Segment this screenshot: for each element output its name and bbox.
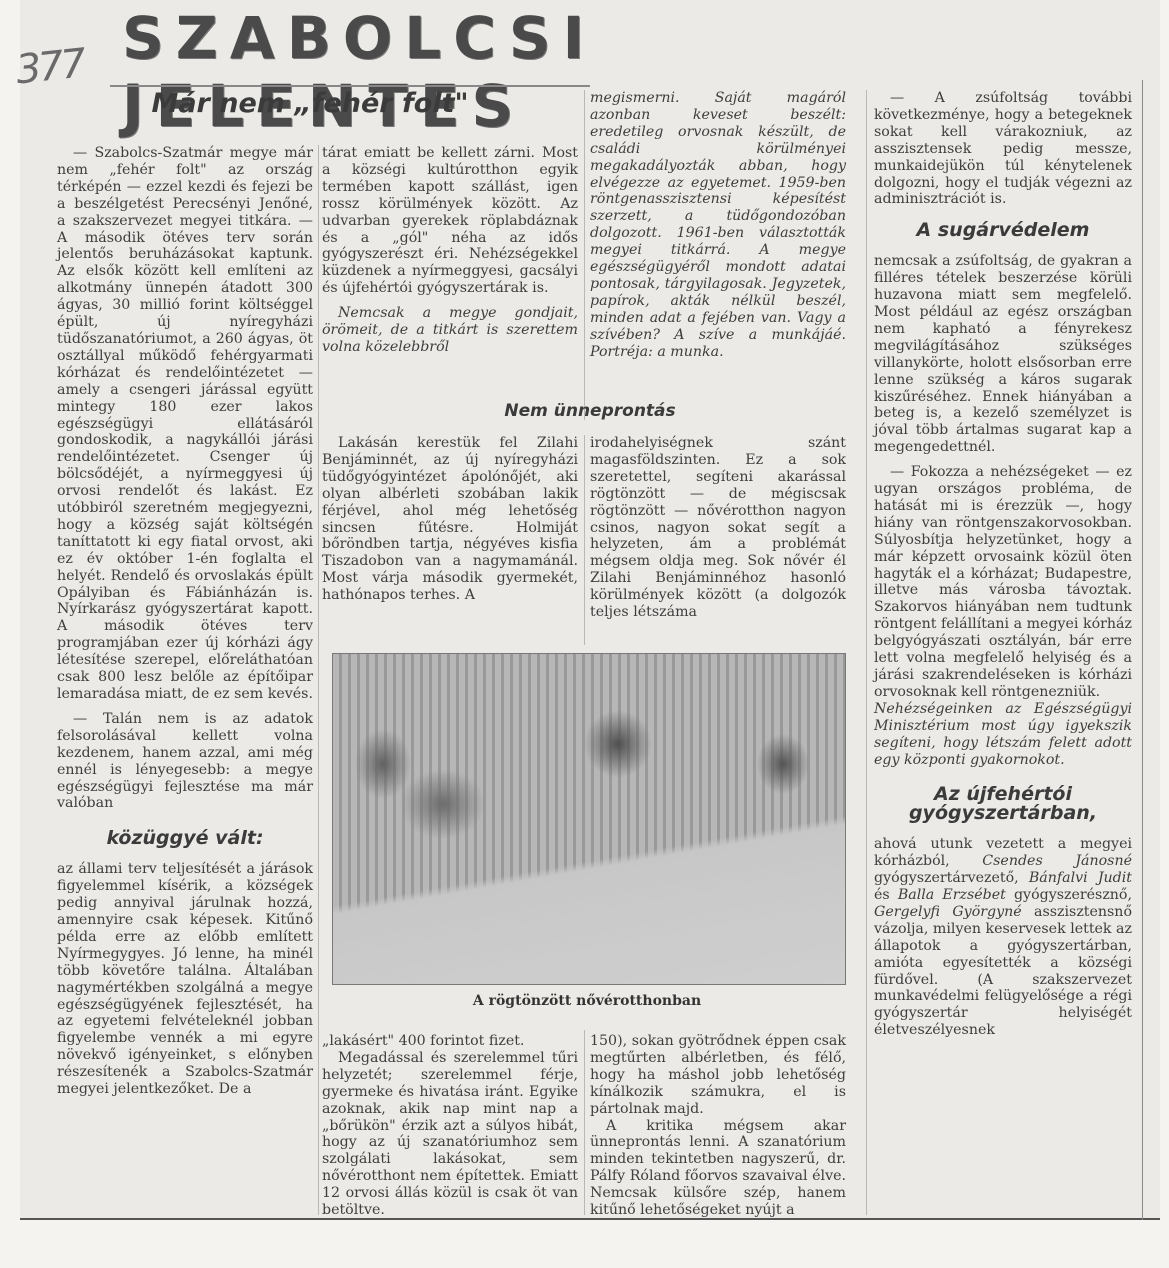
subhead-kozugy: közüggyé vált: (57, 830, 313, 847)
paragraph: tárat emiatt be kellett zárni. Most a kö… (322, 145, 578, 297)
subhead-ujfeherto-line2: gyógyszertárban, (874, 805, 1132, 822)
news-photo (332, 653, 846, 985)
column-divider (584, 90, 585, 420)
paragraph: nemcsak a zsúfoltság, de gyakran a fillé… (874, 253, 1132, 456)
paragraph-italic: megismerni. Saját magáról azonban kevese… (590, 90, 846, 361)
paragraph-italic: Nemcsak a megye gondjait, örömeit, de a … (322, 305, 578, 356)
paragraph-italic: Nehézségeinken az Egészségügyi Minisztér… (874, 701, 1132, 769)
text-run: asszisztensnő vázolja, milyen keservesek… (874, 904, 1132, 1038)
column-3-middle: irodahelyiségnek szánt magasföldszinten.… (590, 435, 846, 629)
subhead-nem-unneprontas: Nem ünneprontás (420, 401, 760, 421)
text-run: és (874, 887, 898, 903)
column-3: megismerni. Saját magáról azonban kevese… (590, 90, 846, 369)
paragraph: A kritika mégsem akar ünneprontás lenni.… (590, 1118, 846, 1219)
subhead-ujfeherto-line1: Az újfehértói (874, 786, 1132, 803)
paragraph: Megadással és szerelemmel tűri helyzetét… (322, 1050, 578, 1219)
person-name: Balla Erzsébet (898, 887, 1006, 903)
text-run: gyógyszerésznő, (1006, 887, 1132, 903)
person-name: Csendes Jánosné (982, 853, 1132, 869)
text-run: gyógyszertárvezető, (874, 870, 1029, 886)
paragraph: — A zsúfoltság további következménye, ho… (874, 90, 1132, 208)
column-1: — Szabolcs-Szatmár megye már nem „fehér … (57, 145, 313, 1106)
paragraph: ahová utunk vezetett a megyei kórházból,… (874, 836, 1132, 1039)
column-2: tárat emiatt be kellett zárni. Most a kö… (322, 145, 578, 364)
column-2-middle: Lakásán kerestük fel Zilahi Benjáminnét,… (322, 435, 578, 612)
column-2-lower: „lakásért" 400 forintot fizet. Megadássa… (322, 1033, 578, 1227)
paragraph: — Fokozza a nehézségeket — ez ugyan orsz… (874, 464, 1132, 701)
paragraph: 150), sokan gyötrődnek éppen csak megtűr… (590, 1033, 846, 1118)
masthead-rule (110, 85, 590, 87)
paragraph: Lakásán kerestük fel Zilahi Benjáminnét,… (322, 435, 578, 604)
column-divider (318, 145, 319, 1215)
column-divider (866, 90, 867, 1215)
paragraph: — Talán nem is az adatok felsorolásával … (57, 711, 313, 812)
column-4: — A zsúfoltság további következménye, ho… (874, 90, 1132, 1047)
paragraph: „lakásért" 400 forintot fizet. (322, 1033, 578, 1050)
paragraph: irodahelyiségnek szánt magasföldszinten.… (590, 435, 846, 621)
handwritten-page-number: 377 (14, 41, 86, 94)
column-3-lower: 150), sokan gyötrődnek éppen csak megtűr… (590, 1033, 846, 1227)
paragraph: — Szabolcs-Szatmár megye már nem „fehér … (57, 145, 313, 703)
photo-caption: A rögtönzött nővérotthonban (322, 993, 852, 1009)
paragraph: az állami terv teljesítését a járások fi… (57, 861, 313, 1098)
person-name: Bánfalvi Judit (1029, 870, 1132, 886)
article-headline: Már nem „fehér folt" (130, 88, 490, 119)
subhead-sugarvedelem: A sugárvédelem (874, 222, 1132, 239)
column-divider (584, 435, 585, 645)
column-divider (584, 1030, 585, 1215)
person-name: Gergelyfi Györgyné (874, 904, 1022, 920)
clipping-edge (1142, 80, 1143, 1220)
